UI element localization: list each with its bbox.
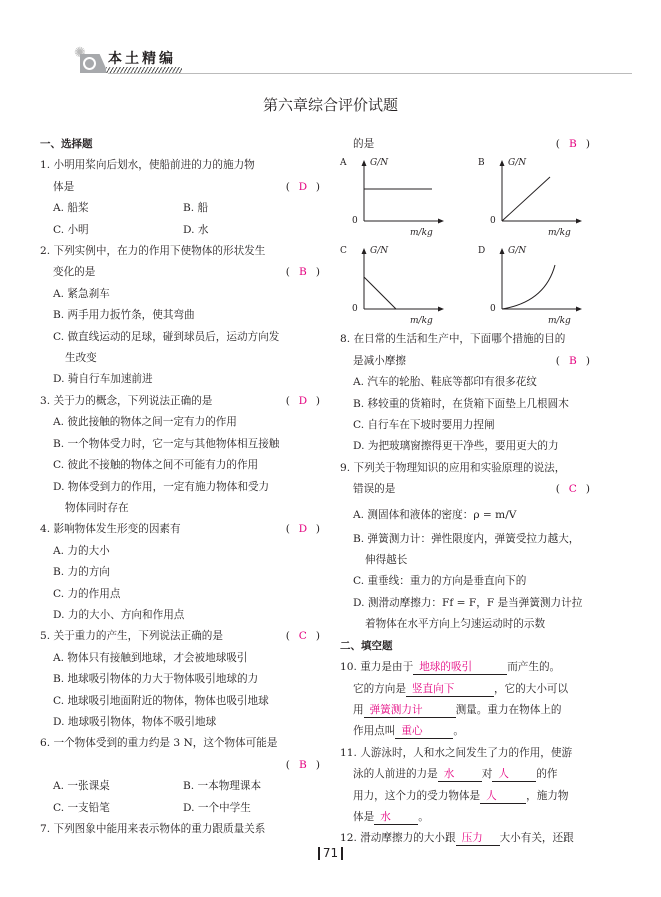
question-11: 11. 人游泳时，人和水之间发生了力的作用，使游 泳的人前进的力是水对人的作 用… — [340, 743, 590, 829]
option-d: D. 地球吸引物体，物体不吸引地球 — [40, 712, 320, 733]
graph-options: A G/N 0 m/kg B G/N 0 m/kg C G/N — [340, 155, 590, 329]
series-header: ✺ 本土精编 — [72, 44, 632, 74]
answer-letter: B — [290, 262, 316, 283]
question-9: 9. 下列关于物理知识的应用和实验原理的说法， 错误的是 (C) A. 测固体和… — [340, 458, 590, 636]
question-1: 1. 小明用桨向后划水，使船前进的力的施力物 体是 (D) A. 船桨B. 船 … — [40, 155, 320, 241]
option-d: D. 测滑动摩擦力：Ff = F，F 是当弹簧测力计拉 — [340, 593, 590, 614]
option-c-cont: 生改变 — [40, 348, 320, 369]
question-stem: 7. 下列图象中能用来表示物体的重力跟质量关系 — [40, 819, 320, 840]
option-b: B. 船 — [183, 198, 208, 219]
graph-label: D — [478, 241, 485, 262]
answer-blank: 竖直向下 — [406, 682, 494, 697]
option-c: C. 地球吸引地面附近的物体，物体也吸引地球 — [40, 691, 320, 712]
series-title: 本土精编 — [108, 48, 176, 68]
question-7: 7. 下列图象中能用来表示物体的重力跟质量关系 — [40, 819, 320, 840]
y-axis-label: G/N — [508, 241, 526, 262]
question-stem: 6. 一个物体受到的重力约是 3 N，这个物体可能是 — [40, 733, 320, 754]
option-a: A. 紧急刹车 — [40, 284, 320, 305]
page-number-text: 71 — [323, 846, 338, 860]
option-d: D. 骑自行车加速前进 — [40, 369, 320, 390]
graph-label: A — [340, 153, 347, 174]
question-stem: 8. 在日常的生活和生产中，下面哪个措施的目的 — [340, 329, 590, 350]
text: 它的方向是 — [353, 683, 406, 695]
text: 10. 重力是由于 — [340, 661, 413, 673]
answer-bracket: (B) — [556, 134, 590, 155]
left-column: 一、选择题 1. 小明用桨向后划水，使船前进的力的施力物 体是 (D) A. 船… — [40, 134, 320, 840]
answer-blank: 人 — [492, 767, 536, 782]
answer-letter: B — [290, 755, 316, 776]
option-a: A. 测固体和液体的密度：ρ = m/V — [340, 501, 590, 529]
option-d: D. 水 — [183, 220, 208, 241]
question-stem: 2. 下列实例中，在力的作用下使物体的形状发生 — [40, 241, 320, 262]
option-a: A. 汽车的轮胎、鞋底等都印有很多花纹 — [340, 372, 590, 393]
y-axis-label: G/N — [370, 241, 388, 262]
answer-letter: D — [290, 519, 316, 540]
answer-bracket: (D) — [286, 519, 320, 540]
text: 而产生的。 — [507, 661, 560, 673]
question-stem: 5. 关于重力的产生，下列说法正确的是 — [40, 630, 223, 642]
answer-blank: 水 — [438, 767, 482, 782]
question-5: 5. 关于重力的产生，下列说法正确的是 (C) A. 物体只有接触到地球，才会被… — [40, 626, 320, 733]
answer-bracket: (B) — [286, 262, 320, 283]
question-stem: 1. 小明用桨向后划水，使船前进的力的施力物 — [40, 155, 320, 176]
answer-blank: 地球的吸引 — [413, 660, 507, 675]
option-d-cont: 物体同时存在 — [40, 498, 320, 519]
text: 对 — [482, 768, 493, 780]
option-a: A. 力的大小 — [40, 541, 320, 562]
question-stem: 变化的是 — [53, 266, 95, 278]
answer-letter: B — [560, 134, 586, 155]
text: 测量。重力在物体上的 — [456, 704, 562, 716]
option-c: C. 重垂线：重力的方向是垂直向下的 — [340, 571, 590, 592]
question-3: 3. 关于力的概念，下列说法正确的是 (D) A. 彼此接触的物体之间一定有力的… — [40, 391, 320, 519]
option-b-cont: 伸得越长 — [340, 550, 590, 571]
text: ，它的大小可以 — [494, 683, 568, 695]
y-axis-label: G/N — [508, 153, 526, 174]
option-d: D. 力的大小、方向和作用点 — [40, 605, 320, 626]
question-stem: 3. 关于力的概念，下列说法正确的是 — [40, 395, 212, 407]
answer-bracket: (C) — [556, 479, 590, 500]
graph-b: B G/N 0 m/kg — [490, 159, 585, 241]
question-10: 10. 重力是由于地球的吸引而产生的。 它的方向是竖直向下，它的大小可以 用弹簧… — [340, 657, 590, 743]
option-a: A. 彼此接触的物体之间一定有力的作用 — [40, 412, 320, 433]
answer-letter: C — [560, 479, 586, 500]
question-stem: 体是 — [53, 181, 74, 193]
text: 。 — [418, 811, 429, 823]
answer-bracket: (B) — [286, 755, 320, 776]
option-a: A. 一张课桌 — [53, 776, 183, 797]
ring-icon — [83, 57, 96, 70]
answer-blank: 水 — [374, 810, 418, 825]
option-c: C. 小明 — [53, 220, 183, 241]
option-a: A. 物体只有接触到地球，才会被地球吸引 — [40, 648, 320, 669]
answer-letter: B — [560, 351, 586, 372]
option-b: B. 一本物理课本 — [183, 776, 261, 797]
header-rule — [108, 73, 632, 74]
text: 体是 — [353, 811, 374, 823]
page-title: 第六章综合评价试题 — [0, 94, 661, 115]
answer-bracket: (B) — [556, 351, 590, 372]
answer-blank: 弹簧测力计 — [364, 703, 456, 718]
page-number: 71 — [0, 846, 661, 860]
section-fill-title: 二、填空题 — [340, 636, 590, 657]
question-stem: 9. 下列关于物理知识的应用和实验原理的说法， — [340, 458, 590, 479]
answer-blank: 人 — [480, 789, 526, 804]
option-b: B. 移较重的货箱时，在货箱下面垫上几根圆木 — [340, 394, 590, 415]
answer-blank: 压力 — [456, 831, 500, 846]
question-stem: 是减小摩擦 — [353, 355, 406, 367]
text: 11. 人游泳时，人和水之间发生了力的作用，使游 — [340, 743, 590, 764]
origin-label: 0 — [490, 211, 496, 232]
question-stem: 4. 影响物体发生形变的因素有 — [40, 523, 181, 535]
right-column: 的是 (B) A G/N 0 m/kg B G/N 0 m/kg — [340, 134, 590, 850]
option-b: B. 弹簧测力计：弹性限度内，弹簧受拉力越大， — [340, 529, 590, 550]
text: 12. 滑动摩擦力的大小跟 — [340, 832, 456, 844]
question-8: 8. 在日常的生活和生产中，下面哪个措施的目的 是减小摩擦 (B) A. 汽车的… — [340, 329, 590, 457]
answer-letter: D — [290, 177, 316, 198]
graph-label: C — [340, 241, 347, 262]
answer-blank: 重心 — [395, 724, 453, 739]
graph-a: A G/N 0 m/kg — [352, 159, 447, 241]
text: 作用点叫 — [353, 725, 395, 737]
option-b: B. 一个物体受力时，它一定与其他物体相互接触 — [40, 434, 320, 455]
section-choice-title: 一、选择题 — [40, 134, 320, 155]
answer-bracket: (C) — [286, 626, 320, 647]
option-c: C. 力的作用点 — [40, 584, 320, 605]
origin-label: 0 — [352, 299, 358, 320]
question-4: 4. 影响物体发生形变的因素有 (D) A. 力的大小 B. 力的方向 C. 力… — [40, 519, 320, 626]
graph-d: D G/N 0 m/kg — [490, 247, 585, 329]
option-d: D. 为把玻璃窗擦得更干净些，要用更大的力 — [340, 436, 590, 457]
option-b: B. 力的方向 — [40, 562, 320, 583]
origin-label: 0 — [490, 299, 496, 320]
option-d: D. 一个中学生 — [183, 798, 251, 819]
option-a: A. 船桨 — [53, 198, 183, 219]
graph-label: B — [478, 153, 485, 174]
question-stem: 的是 — [353, 138, 374, 150]
text: 的作 — [536, 768, 557, 780]
y-axis-label: G/N — [370, 153, 388, 174]
text: 泳的人前进的力是 — [353, 768, 438, 780]
text: 用力，这个力的受力物体是 — [353, 790, 480, 802]
text: ，施力物 — [526, 790, 568, 802]
question-2: 2. 下列实例中，在力的作用下使物体的形状发生 变化的是 (B) A. 紧急刹车… — [40, 241, 320, 391]
text: 用 — [353, 704, 364, 716]
x-axis-label: m/kg — [548, 223, 571, 244]
answer-bracket: (D) — [286, 177, 320, 198]
answer-letter: C — [290, 626, 316, 647]
option-c: C. 彼此不接触的物体之间不可能有力的作用 — [40, 455, 320, 476]
option-c: C. 一支铅笔 — [53, 798, 183, 819]
text: 。 — [453, 725, 464, 737]
answer-letter: D — [290, 391, 316, 412]
option-c: C. 做直线运动的足球，碰到球员后，运动方向发 — [40, 327, 320, 348]
text: 大小有关，还跟 — [500, 832, 574, 844]
question-7-cont: 的是 (B) — [340, 134, 590, 155]
option-b: B. 两手用力扳竹条，使其弯曲 — [40, 305, 320, 326]
answer-bracket: (D) — [286, 391, 320, 412]
question-6: 6. 一个物体受到的重力约是 3 N，这个物体可能是 (B) A. 一张课桌B.… — [40, 733, 320, 819]
option-b: B. 地球吸引物体的力大于物体吸引地球的力 — [40, 669, 320, 690]
question-stem: 错误的是 — [353, 483, 395, 495]
option-d-cont: 着物体在水平方向上匀速运动时的示数 — [340, 614, 590, 635]
option-c: C. 自行车在下坡时要用力捏闸 — [340, 415, 590, 436]
origin-label: 0 — [352, 211, 358, 232]
graph-c: C G/N 0 m/kg — [352, 247, 447, 329]
option-d: D. 物体受到力的作用，一定有施力物体和受力 — [40, 477, 320, 498]
x-axis-label: m/kg — [410, 223, 433, 244]
